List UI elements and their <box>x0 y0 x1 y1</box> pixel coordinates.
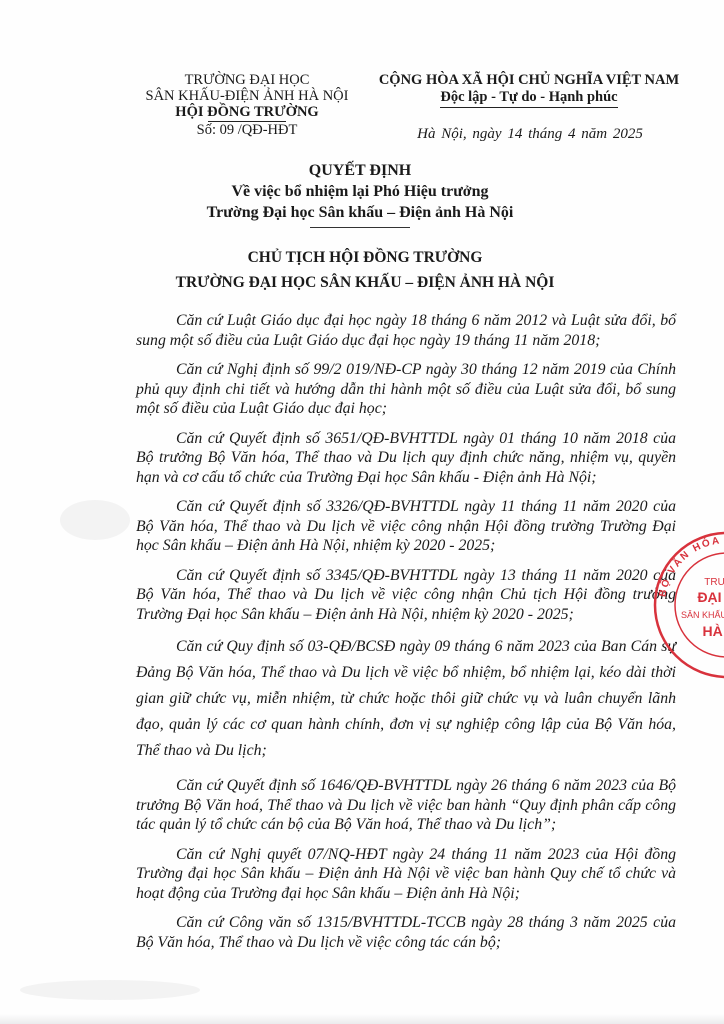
seal-line2: ĐẠI HỌC <box>697 589 724 605</box>
legal-basis-paragraph: Căn cứ Quyết định số 3345/QĐ-BVHTTDL ngà… <box>136 566 676 625</box>
legal-basis-paragraph: Căn cứ Nghị định số 99/2 019/NĐ-CP ngày … <box>136 360 676 419</box>
legal-basis-paragraph: Căn cứ Quy định số 03-QĐ/BCSĐ ngày 09 th… <box>136 634 676 764</box>
scan-speckle <box>20 980 200 1000</box>
seal-line3: SÂN KHẤU-ĐIỆN ẢNH <box>681 609 724 620</box>
nation-name: CỘNG HÒA XÃ HỘI CHỦ NGHĨA VIỆT NAM <box>358 72 700 89</box>
issuer-title: CHỦ TỊCH HỘI ĐỒNG TRƯỜNG <box>130 245 600 270</box>
issue-date: Hà Nội, ngày 14 tháng 4 năm 2025 <box>360 126 700 143</box>
legal-basis-paragraph: Căn cứ Công văn số 1315/BVHTTDL-TCCB ngà… <box>136 913 676 952</box>
national-motto: Độc lập - Tự do - Hạnh phúc <box>440 89 617 108</box>
seal-line1: TRƯỜNG <box>704 575 724 588</box>
issuing-body-header: TRƯỜNG ĐẠI HỌC SÂN KHẤU-ĐIỆN ẢNH HÀ NỘI … <box>132 72 362 138</box>
legal-basis-paragraph: Căn cứ Quyết định số 1646/QĐ-BVHTTDL ngà… <box>136 776 676 835</box>
national-header: CỘNG HÒA XÃ HỘI CHỦ NGHĨA VIỆT NAM Độc l… <box>358 72 700 108</box>
issuer-block: CHỦ TỊCH HỘI ĐỒNG TRƯỜNG TRƯỜNG ĐẠI HỌC … <box>130 245 600 295</box>
title-rule <box>310 227 410 228</box>
legal-basis-paragraph: Căn cứ Luật Giáo dục đại học ngày 18 thá… <box>136 311 676 350</box>
legal-basis-section: Căn cứ Luật Giáo dục đại học ngày 18 thá… <box>136 311 676 962</box>
council-name: HỘI ĐỒNG TRƯỜNG <box>132 104 362 120</box>
legal-basis-paragraph: Căn cứ Quyết định số 3651/QĐ-BVHTTDL ngà… <box>136 429 676 488</box>
scan-speckle <box>60 500 130 540</box>
document-number: Số: 09 /QĐ-HĐT <box>132 122 362 138</box>
document-page: TRƯỜNG ĐẠI HỌC SÂN KHẤU-ĐIỆN ẢNH HÀ NỘI … <box>0 0 724 1024</box>
issuer-organization: TRƯỜNG ĐẠI HỌC SÂN KHẤU – ĐIỆN ẢNH HÀ NỘ… <box>130 270 600 295</box>
decision-subject-line2: Trường Đại học Sân khấu – Điện ảnh Hà Nộ… <box>150 202 570 223</box>
legal-basis-paragraph: Căn cứ Nghị quyết 07/NQ-HĐT ngày 24 thán… <box>136 845 676 904</box>
decision-subject-line1: Về việc bổ nhiệm lại Phó Hiệu trưởng <box>150 181 570 202</box>
seal-line4: HÀ NỘI <box>703 622 724 639</box>
scan-edge <box>0 1014 724 1024</box>
university-name-line1: TRƯỜNG ĐẠI HỌC <box>132 72 362 88</box>
decision-title-block: QUYẾT ĐỊNH Về việc bổ nhiệm lại Phó Hiệu… <box>150 160 570 228</box>
decision-title: QUYẾT ĐỊNH <box>150 160 570 181</box>
university-name-line2: SÂN KHẤU-ĐIỆN ẢNH HÀ NỘI <box>132 88 362 104</box>
legal-basis-paragraph: Căn cứ Quyết định số 3326/QĐ-BVHTTDL ngà… <box>136 497 676 556</box>
